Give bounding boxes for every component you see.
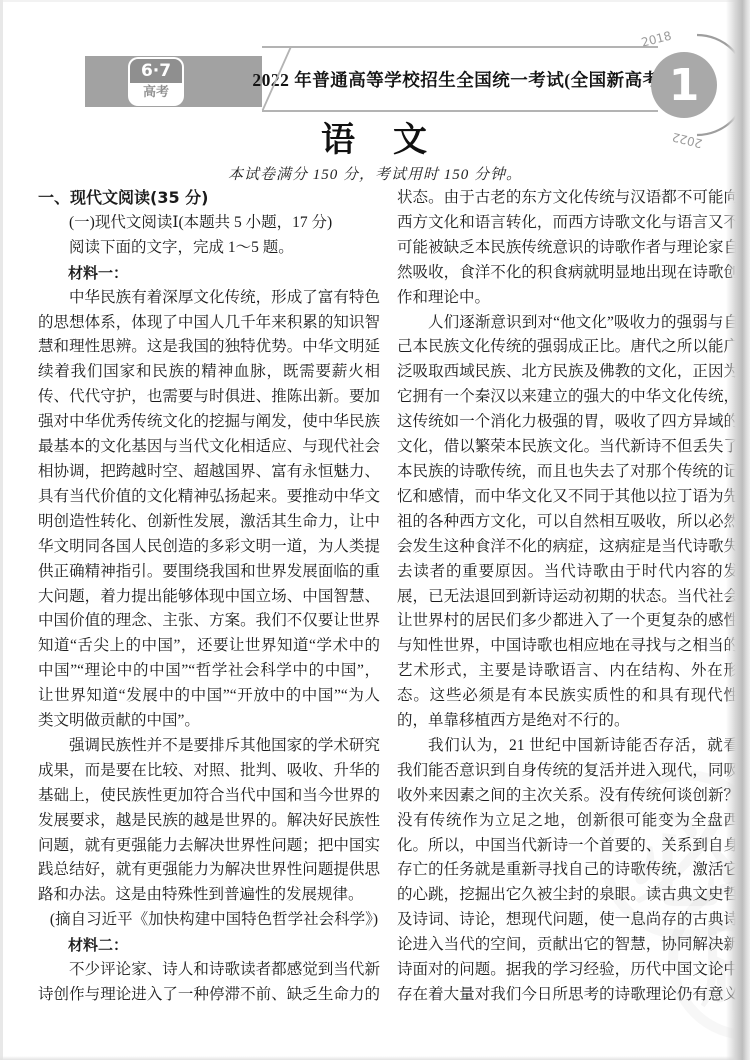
exam-page: 必 刷 6·7 高考 2022 年普通高等学校招生全国统一考试(全国新高考卷Ⅰ)… — [0, 0, 750, 1060]
exam-title-banner: 2022 年普通高等学校招生全国统一考试(全国新高考卷Ⅰ) — [262, 46, 658, 112]
logo-gaokao-text: 高考 — [130, 83, 182, 104]
material-one-label: 材料一： — [38, 261, 380, 286]
subject-title: 语 文 — [0, 112, 750, 161]
page-edge-shadow — [726, 0, 750, 1060]
scan-edge-bottom — [0, 1056, 750, 1060]
paper-number: 1 — [669, 60, 700, 111]
material-one-paragraph: 中华民族有着深厚文化传统，形成了富有特色的思想体系，体现了中国人几千年来积累的知… — [38, 286, 380, 734]
material-two-paragraph: 人们逐渐意识到对“他文化”吸收力的强弱与自己本民族文化传统的强弱成正比。唐代之所… — [397, 311, 739, 734]
scan-edge-left — [0, 0, 3, 1060]
subsection-heading: (一)现代文阅读Ⅰ(本题共 5 小题，17 分) — [38, 211, 380, 236]
scan-edge-top — [0, 0, 750, 2]
brand-logo: 6·7 高考 — [130, 59, 182, 104]
year-start-label: 2018 — [640, 29, 673, 50]
task-line: 阅读下面的文字，完成 1～5 题。 — [38, 236, 380, 261]
material-one-paragraph: 强调民族性并不是要排斥其他国家的学术研究成果，而是要在比较、对照、批判、吸收、升… — [38, 734, 380, 908]
material-two-label: 材料二： — [38, 933, 380, 958]
exam-title: 2022 年普通高等学校招生全国统一考试(全国新高考卷Ⅰ) — [226, 67, 693, 92]
material-one-citation: (摘自习近平《加快构建中国特色哲学社会科学》) — [38, 908, 380, 933]
section-heading: 一、现代文阅读(35 分) — [38, 186, 380, 211]
logo-67-text: 6·7 — [130, 59, 182, 83]
reading-body: 一、现代文阅读(35 分) (一)现代文阅读Ⅰ(本题共 5 小题，17 分) 阅… — [38, 186, 739, 1010]
paper-instructions: 本试卷满分 150 分，考试用时 150 分钟。 — [0, 163, 750, 184]
